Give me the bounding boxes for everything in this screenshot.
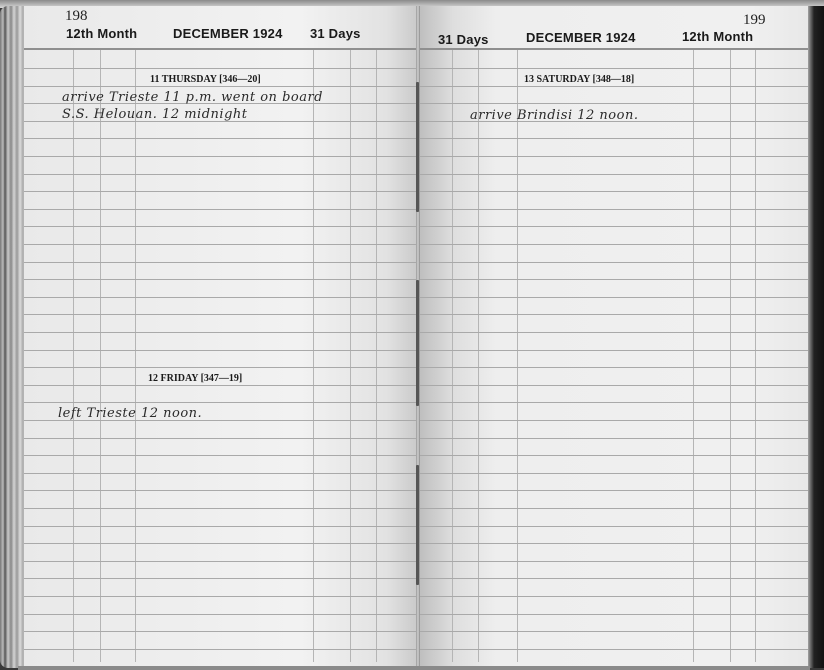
- ruled-line: [418, 244, 808, 245]
- column-rule: [376, 50, 377, 662]
- column-rule: [452, 50, 453, 662]
- open-diary-book: 198 12th Month DECEMBER 1924 31 Days 11 …: [0, 0, 824, 670]
- day-heading-friday: 12 FRIDAY [347—19]: [148, 373, 242, 384]
- ruled-line: [418, 68, 808, 69]
- header-divider: [24, 48, 418, 50]
- page-stack-left-edge: [0, 6, 26, 668]
- ruled-line: [418, 332, 808, 333]
- column-rule: [313, 50, 314, 662]
- column-rule: [755, 50, 756, 662]
- ruled-line: [418, 402, 808, 403]
- ruled-line: [24, 649, 418, 650]
- right-page: 31 Days DECEMBER 1924 12th Month 199 13 …: [418, 6, 808, 666]
- ruled-line: [418, 191, 808, 192]
- book-bottom-edge: [18, 666, 810, 670]
- ruled-line: [24, 226, 418, 227]
- left-page: 198 12th Month DECEMBER 1924 31 Days 11 …: [24, 6, 418, 666]
- days-count: 31 Days: [438, 32, 489, 47]
- ruled-line: [24, 614, 418, 615]
- ruled-line: [24, 174, 418, 175]
- handwritten-note: arrive Brindisi 12 noon.: [470, 108, 638, 123]
- header-divider: [418, 48, 808, 50]
- ruled-line: [24, 543, 418, 544]
- column-rule: [73, 50, 74, 662]
- ruled-line: [24, 68, 418, 69]
- ruled-line: [418, 596, 808, 597]
- column-rule: [517, 50, 518, 662]
- binding-stitch: [416, 280, 419, 406]
- ruled-line: [24, 526, 418, 527]
- ruled-line: [24, 244, 418, 245]
- ruled-line: [24, 385, 418, 386]
- ruled-line: [418, 455, 808, 456]
- ruled-line: [418, 226, 808, 227]
- ruled-line: [418, 631, 808, 632]
- ruled-line: [24, 402, 418, 403]
- ruled-line: [418, 138, 808, 139]
- binding-stitch: [416, 465, 419, 585]
- ruled-line: [418, 438, 808, 439]
- ruled-line: [24, 508, 418, 509]
- column-rule: [478, 50, 479, 662]
- ruled-line: [418, 156, 808, 157]
- days-count: 31 Days: [310, 26, 361, 41]
- ruled-line: [24, 455, 418, 456]
- ruled-line: [24, 279, 418, 280]
- month-year: DECEMBER 1924: [526, 30, 636, 45]
- ruled-line: [24, 262, 418, 263]
- ruled-line: [24, 596, 418, 597]
- ruled-line: [418, 297, 808, 298]
- column-rule: [693, 50, 694, 662]
- month-label: 12th Month: [66, 26, 137, 41]
- page-stack-right-edge: [806, 6, 824, 668]
- ruled-line: [24, 138, 418, 139]
- ruled-line: [418, 209, 808, 210]
- ruled-line: [418, 614, 808, 615]
- ruled-line: [418, 526, 808, 527]
- ruled-line: [418, 578, 808, 579]
- ruled-line: [418, 367, 808, 368]
- ruled-line: [418, 385, 808, 386]
- ruled-line: [24, 191, 418, 192]
- handwritten-note: S.S. Helouan. 12 midnight: [62, 107, 248, 122]
- column-rule: [135, 50, 136, 662]
- left-page-header: 198 12th Month DECEMBER 1924 31 Days: [24, 6, 418, 46]
- column-rule: [100, 50, 101, 662]
- column-rule: [730, 50, 731, 662]
- column-rule: [350, 50, 351, 662]
- ruled-line: [24, 156, 418, 157]
- ruled-line: [418, 350, 808, 351]
- handwritten-note: left Trieste 12 noon.: [58, 406, 202, 421]
- page-number: 199: [743, 12, 766, 29]
- month-year: DECEMBER 1924: [173, 26, 283, 41]
- ruled-line: [418, 543, 808, 544]
- ruled-line: [24, 350, 418, 351]
- ruled-line: [24, 438, 418, 439]
- binding-stitch: [416, 82, 419, 212]
- ruled-line: [24, 209, 418, 210]
- ruled-line: [418, 649, 808, 650]
- ruled-line: [418, 279, 808, 280]
- ruled-line: [418, 86, 808, 87]
- ruled-line: [24, 490, 418, 491]
- ruled-line: [24, 631, 418, 632]
- ruled-line: [418, 262, 808, 263]
- ruled-line: [418, 314, 808, 315]
- day-heading-saturday: 13 SATURDAY [348—18]: [524, 74, 634, 85]
- ruled-line: [24, 367, 418, 368]
- ruled-line: [418, 473, 808, 474]
- ruled-line: [24, 473, 418, 474]
- ruled-line: [24, 297, 418, 298]
- ruled-line: [418, 103, 808, 104]
- ruled-line: [24, 86, 418, 87]
- ruled-line: [418, 420, 808, 421]
- ruled-line: [24, 314, 418, 315]
- day-heading-thursday: 11 THURSDAY [346—20]: [150, 74, 261, 85]
- ruled-line: [418, 561, 808, 562]
- handwritten-note: arrive Trieste 11 p.m. went on board: [62, 90, 323, 105]
- page-number: 198: [65, 8, 88, 25]
- ruled-line: [24, 578, 418, 579]
- ruled-line: [24, 332, 418, 333]
- ruled-line: [24, 561, 418, 562]
- ruled-line: [418, 174, 808, 175]
- ruled-line: [418, 508, 808, 509]
- month-label: 12th Month: [682, 29, 753, 44]
- right-page-header: 31 Days DECEMBER 1924 12th Month 199: [418, 6, 808, 46]
- ruled-line: [418, 490, 808, 491]
